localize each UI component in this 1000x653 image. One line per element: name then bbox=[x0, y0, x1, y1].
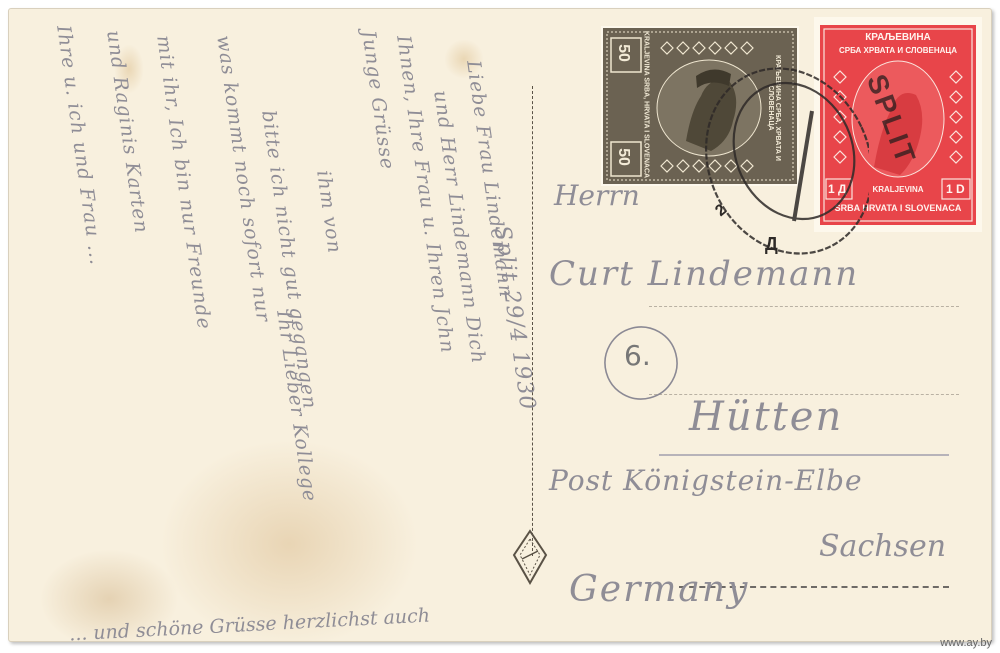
watermark: www.ay.by bbox=[940, 637, 992, 649]
message-line: Ihre u. ich und Frau ... bbox=[52, 24, 107, 267]
stamp-value: 50 bbox=[614, 44, 632, 62]
publisher-logo-icon bbox=[512, 529, 548, 585]
postcard: Liebe Frau Lindemann und Herr Lindemann … bbox=[8, 8, 992, 642]
message-bottom-line: ... und schöne Grüsse herzlichst auch bbox=[69, 605, 431, 642]
center-divider bbox=[532, 86, 533, 556]
postmark-letter: Д bbox=[765, 234, 778, 255]
message-line: mit ihr, Ich bin nur Freunde bbox=[152, 34, 215, 331]
message-line: ihm von bbox=[312, 169, 345, 255]
stamp-text-latin: KRALJEVINA SRBA, HRVATA I SLOVENACA bbox=[643, 30, 650, 180]
address-country: Germany bbox=[569, 569, 749, 610]
stamp-value: 1 D bbox=[946, 182, 965, 196]
address-line bbox=[659, 454, 949, 456]
message-line: und Raginis Karten bbox=[102, 29, 152, 235]
address-region: Sachsen bbox=[819, 529, 946, 564]
circled-number: 6. bbox=[624, 339, 651, 372]
address-street: Hütten bbox=[689, 394, 843, 440]
postmark-cancellation bbox=[694, 51, 869, 261]
address-line bbox=[649, 306, 959, 307]
address-post: Post Königstein-Elbe bbox=[549, 464, 863, 497]
stamp-value: 50 bbox=[614, 148, 632, 166]
message-line: was kommt noch sofort nur bbox=[212, 34, 274, 324]
stamp-text-top: КРАЉЕВИНА bbox=[814, 32, 982, 43]
message-line: Junge Grüsse bbox=[357, 29, 398, 171]
